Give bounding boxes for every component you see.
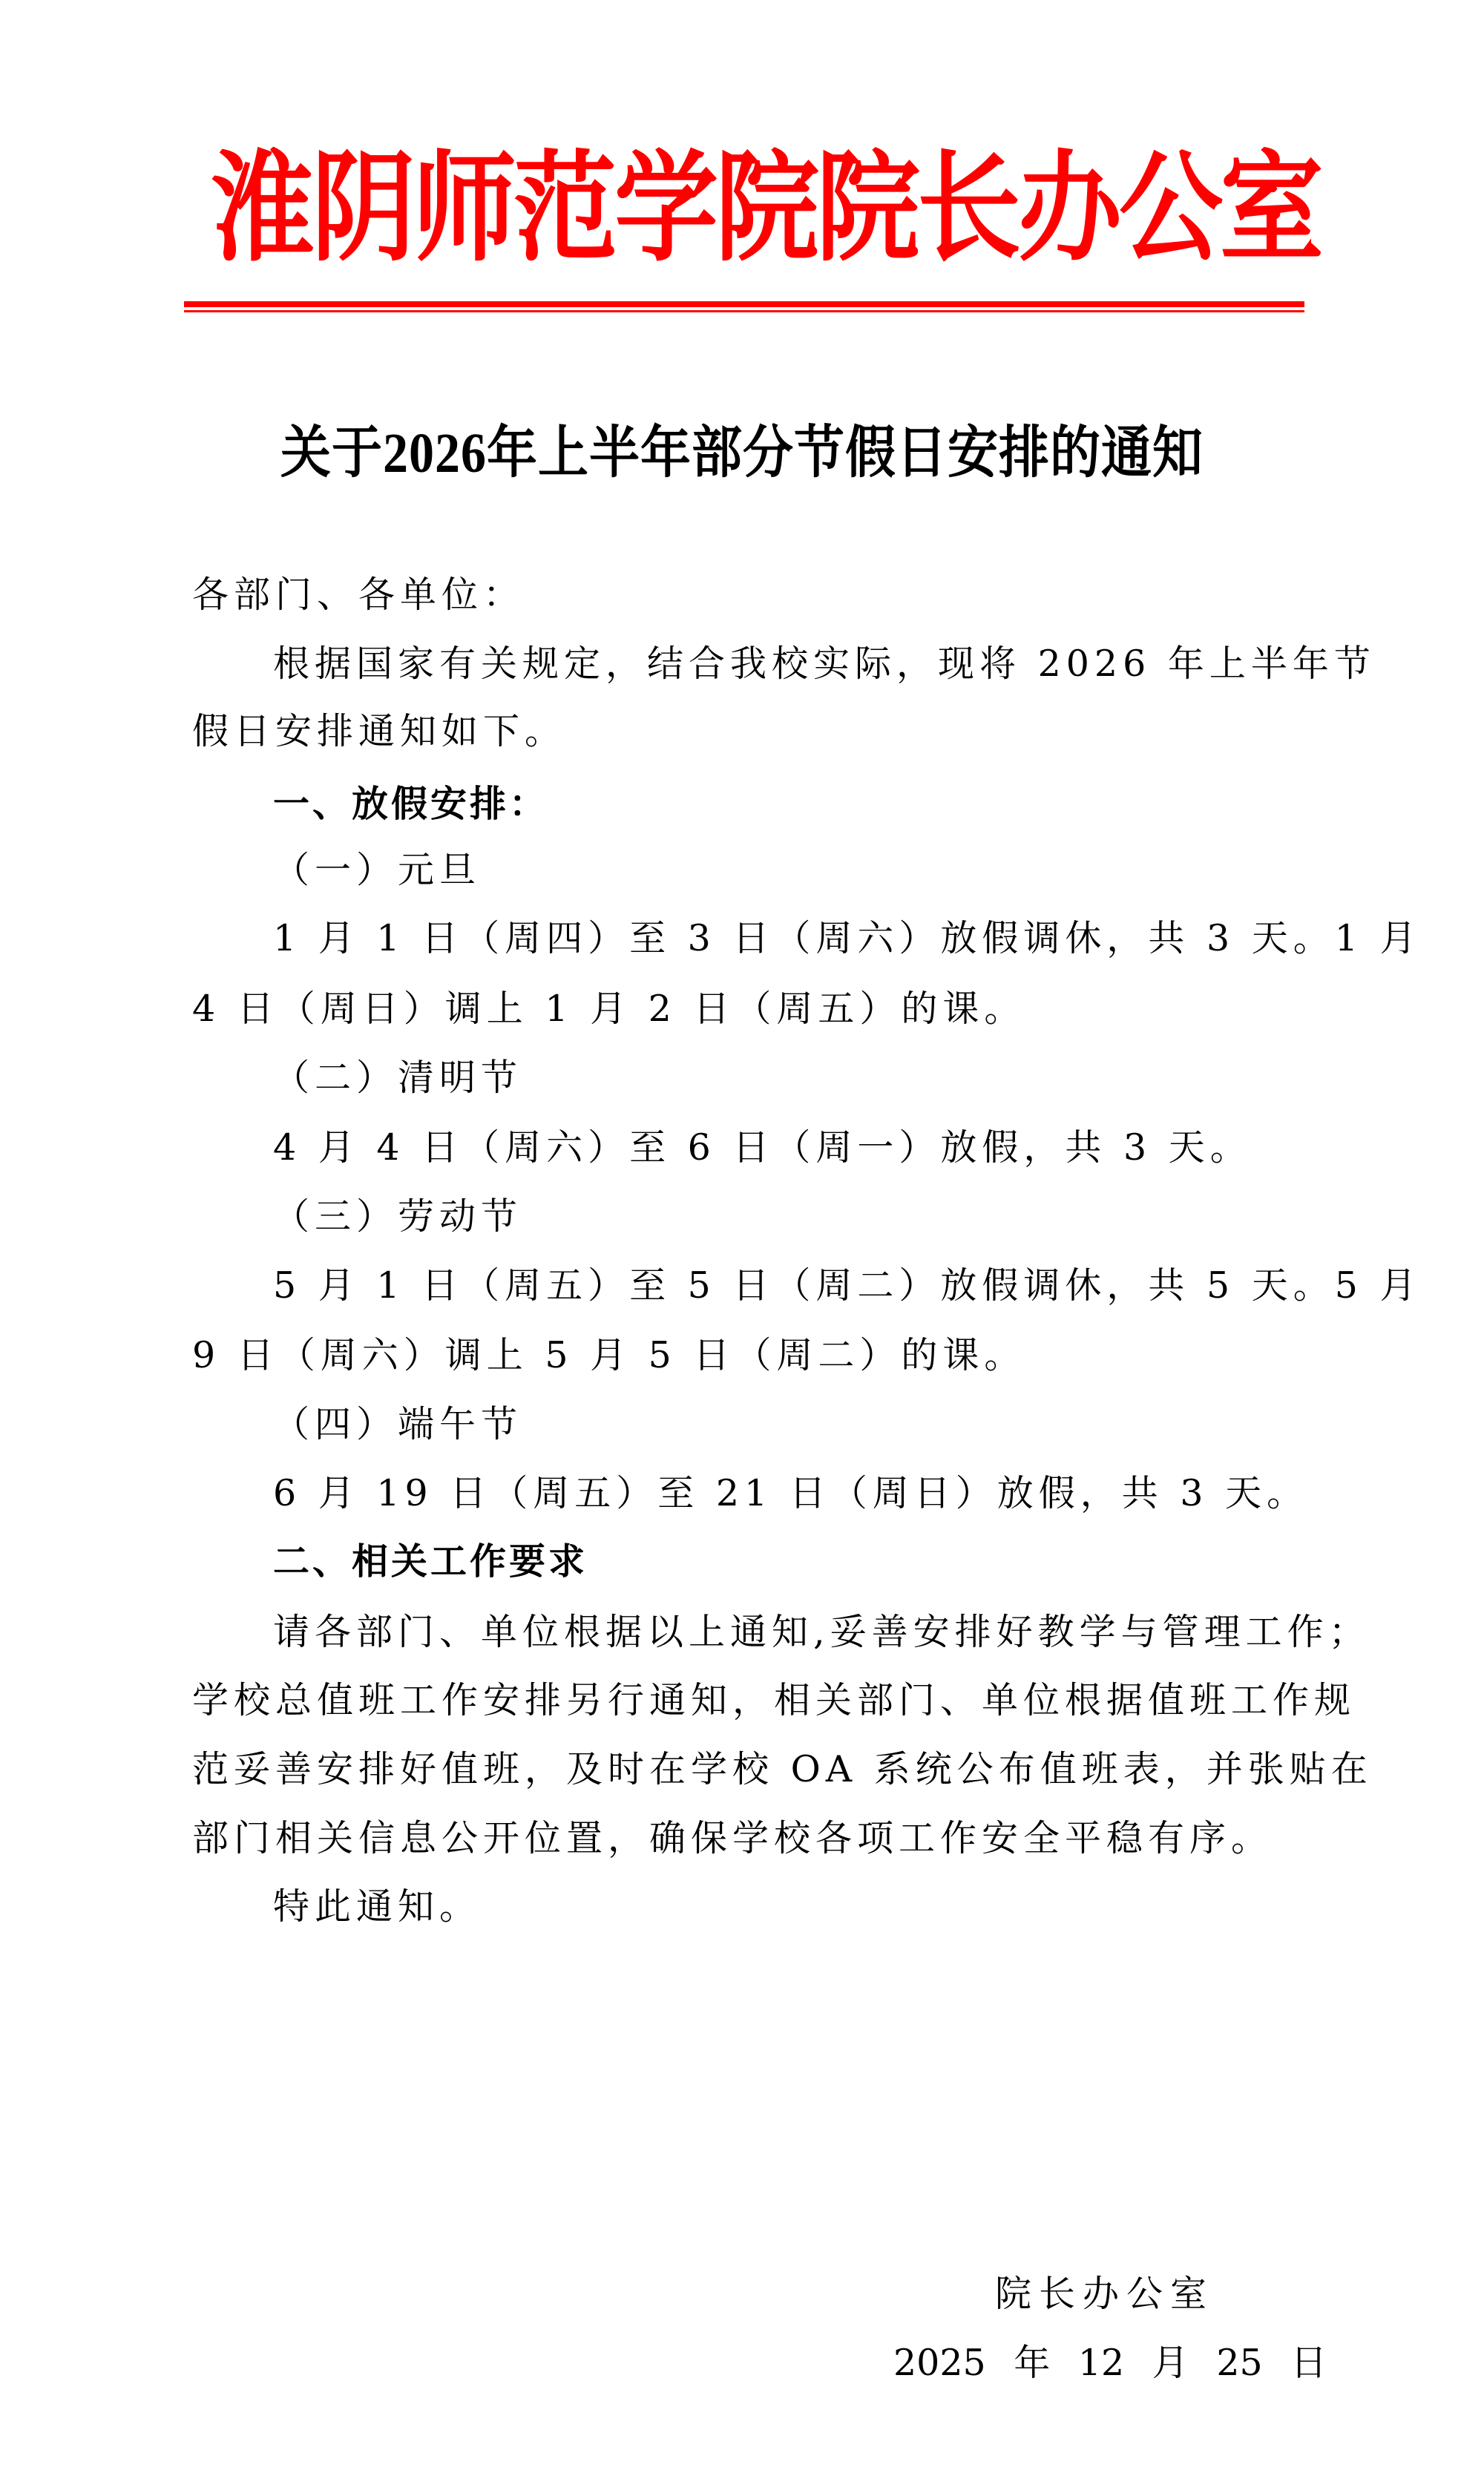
holiday-labor-day-line-1: 5 月 1 日（周五）至 5 日（周二）放假调休，共 5 天。5 月 xyxy=(273,1256,1364,1316)
holiday-dragon-boat-line-1: 6 月 19 日（周五）至 21 日（周日）放假，共 3 天。 xyxy=(273,1464,1364,1523)
salutation: 各部门、各单位： xyxy=(192,565,1283,625)
letterhead-rule-thin xyxy=(184,310,1304,312)
intro-line-2: 假日安排通知如下。 xyxy=(192,702,1283,761)
section-1-heading: 一、放假安排： xyxy=(273,775,1364,834)
requirements-line-3: 范妥善安排好值班，及时在学校 OA 系统公布值班表，并张贴在 xyxy=(192,1740,1283,1799)
holiday-qingming-line-1: 4 月 4 日（周六）至 6 日（周一）放假，共 3 天。 xyxy=(273,1118,1364,1178)
requirements-line-2: 学校总值班工作安排另行通知，相关部门、单位根据值班工作规 xyxy=(192,1671,1283,1730)
holiday-heading-dragon-boat: （四）端午节 xyxy=(273,1395,1364,1454)
holiday-labor-day-line-2: 9 日（周六）调上 5 月 5 日（周二）的课。 xyxy=(192,1326,1283,1385)
requirements-line-4: 部门相关信息公开位置，确保学校各项工作安全平稳有序。 xyxy=(192,1809,1283,1868)
letterhead-rule-thick xyxy=(184,301,1304,307)
document-title: 关于2026年上半年部分节假日安排的通知 xyxy=(0,419,1484,486)
holiday-heading-new-year: （一）元旦 xyxy=(273,841,1364,900)
requirements-line-1: 请各部门、单位根据以上通知,妥善安排好教学与管理工作； xyxy=(273,1603,1364,1662)
closing: 特此通知。 xyxy=(273,1877,1364,1937)
holiday-new-year-line-1: 1 月 1 日（周四）至 3 日（周六）放假调休，共 3 天。1 月 xyxy=(273,909,1364,968)
signature-date: 2025 年 12 月 25 日 xyxy=(893,2334,1327,2393)
holiday-heading-qingming: （二）清明节 xyxy=(273,1048,1364,1108)
holiday-new-year-line-2: 4 日（周日）调上 1 月 2 日（周五）的课。 xyxy=(192,979,1283,1039)
letterhead-title: 淮阴师范学院院长办公室 xyxy=(211,136,1258,281)
signature-office: 院长办公室 xyxy=(995,2265,1214,2324)
holiday-heading-labor-day: （三）劳动节 xyxy=(273,1187,1364,1247)
section-2-heading: 二、相关工作要求 xyxy=(273,1532,1364,1592)
intro-line-1: 根据国家有关规定，结合我校实际，现将 2026 年上半年节 xyxy=(273,634,1364,694)
